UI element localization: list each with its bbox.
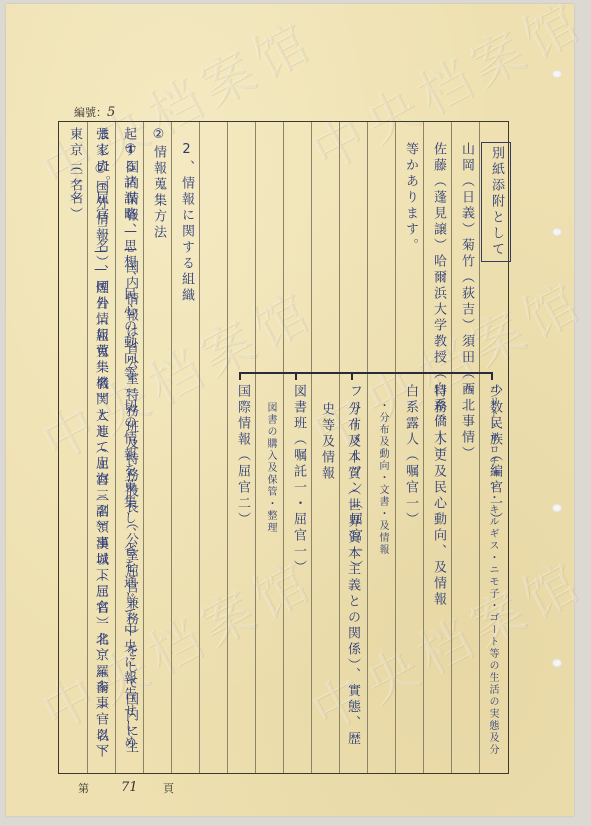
column-rule (367, 122, 368, 773)
manuscript-line: ・分布及動向・文書・及情報 (369, 400, 395, 556)
column-rule (227, 122, 228, 773)
manuscript-line: 分布及本質（世界資本主義との関係）、實態、歴史等及情報 (313, 402, 365, 762)
column-rule (143, 122, 144, 773)
manuscript-line: 白系露人（嘱官一） (397, 384, 423, 528)
grouping-bracket (239, 372, 491, 374)
binder-hole (552, 504, 562, 512)
column-rule (255, 122, 256, 773)
binder-hole (552, 228, 562, 236)
manuscript-line: 等かあります。 (397, 142, 423, 254)
serial-number: 編號：5 (74, 104, 115, 120)
page-number: 71 (121, 780, 138, 795)
bracket-tick (491, 372, 493, 380)
page-footer-suffix: 頁 (163, 780, 174, 796)
column-rule (395, 122, 396, 773)
bracket-tick (351, 372, 353, 380)
column-rule (451, 122, 452, 773)
manuscript-line: 国際情報（屈官二） (229, 384, 255, 528)
binder-hole (552, 659, 562, 667)
column-rule (423, 122, 424, 773)
binder-hole (552, 70, 562, 78)
manuscript-line: ②情報蒐集方法 (145, 127, 171, 241)
manuscript-line: 図書班（嘱託一・屈官一） (285, 384, 311, 576)
page-footer: 第 (78, 780, 89, 796)
column-rule (171, 122, 172, 773)
manuscript-line: 2、情報に関する組織 (173, 142, 199, 304)
manuscript-line: 図書の購入及保管・整理 (257, 402, 283, 534)
manuscript-line: ゴリト・オロチョン・キルギス・ニモ子・ゴート等の生活の実態及分布 (453, 384, 505, 762)
bracket-tick (295, 372, 297, 380)
bracket-tick (239, 372, 241, 380)
manuscript-line: 別紙添附として (481, 142, 511, 262)
column-rule (199, 122, 200, 773)
column-rule (283, 122, 284, 773)
column-rule (311, 122, 312, 773)
manuscript-grid: 別紙添附として山岡（日義）菊竹（荻吉）須田（西北事情）佐藤（蓬見譲）哈爾浜大学教… (58, 121, 509, 774)
document-page: 中央档案馆 中央档案馆 中央档案馆 中央档案馆 中央档案馆 中央档案馆 編號：5… (6, 4, 574, 816)
manuscript-line: 張家口（屈官二名）、煙台（屈官一名）大連（屈官三名）漢城（屈官一名）羅南（一名）… (61, 127, 113, 762)
manuscript-line: 特務、丁吏及民心動向、及情報 (425, 384, 451, 608)
